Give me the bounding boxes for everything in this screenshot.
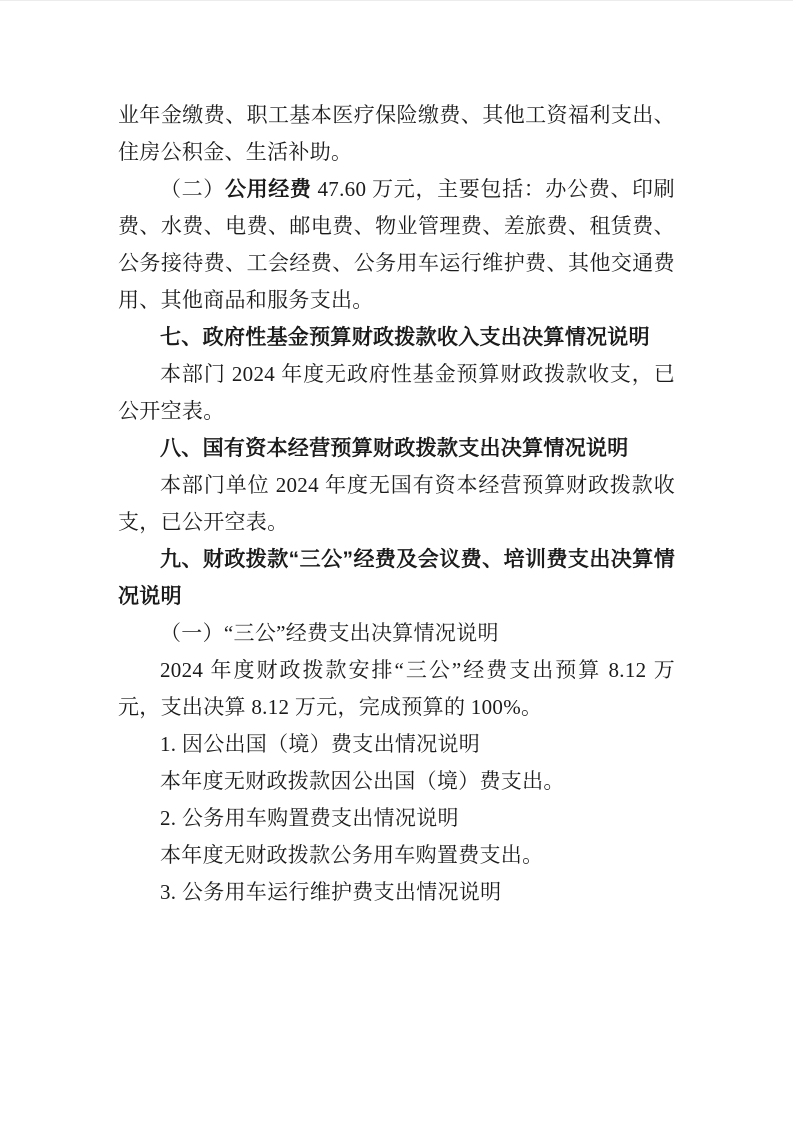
section-heading-8: 八、国有资本经营预算财政拨款支出决算情况说明 — [118, 430, 675, 467]
document-content: 业年金缴费、职工基本医疗保险缴费、其他工资福利支出、住房公积金、生活补助。 （二… — [118, 97, 675, 911]
para-section-8-body: 本部门单位 2024 年度无国有资本经营预算财政拨款收支，已公开空表。 — [118, 467, 675, 541]
para-section-7-body: 本部门 2024 年度无政府性基金预算财政拨款收支，已公开空表。 — [118, 356, 675, 430]
para-public-funds: （二）公用经费 47.60 万元，主要包括：办公费、印刷费、水费、电费、邮电费、… — [118, 171, 675, 319]
subheading-9-1: （一）“三公”经费支出决算情况说明 — [118, 615, 675, 652]
para-public-funds-prefix: （二） — [160, 177, 225, 201]
section-heading-9: 九、财政拨款“三公”经费及会议费、培训费支出决算情况说明 — [118, 541, 675, 615]
para-abroad-expense-body: 本年度无财政拨款因公出国（境）费支出。 — [118, 763, 675, 800]
section-heading-7: 七、政府性基金预算财政拨款收入支出决算情况说明 — [118, 319, 675, 356]
para-vehicle-purchase-body: 本年度无财政拨款公务用车购置费支出。 — [118, 837, 675, 874]
para-three-public-budget: 2024 年度财政拨款安排“三公”经费支出预算 8.12 万元，支出决算 8.1… — [118, 652, 675, 726]
item-heading-vehicle-maintenance: 3. 公务用车运行维护费支出情况说明 — [118, 874, 675, 911]
document-page: 业年金缴费、职工基本医疗保险缴费、其他工资福利支出、住房公积金、生活补助。 （二… — [0, 0, 793, 1122]
para-benefits-continued: 业年金缴费、职工基本医疗保险缴费、其他工资福利支出、住房公积金、生活补助。 — [118, 97, 675, 171]
para-public-funds-term: 公用经费 — [225, 177, 312, 201]
item-heading-vehicle-purchase: 2. 公务用车购置费支出情况说明 — [118, 800, 675, 837]
item-heading-abroad-expense: 1. 因公出国（境）费支出情况说明 — [118, 726, 675, 763]
